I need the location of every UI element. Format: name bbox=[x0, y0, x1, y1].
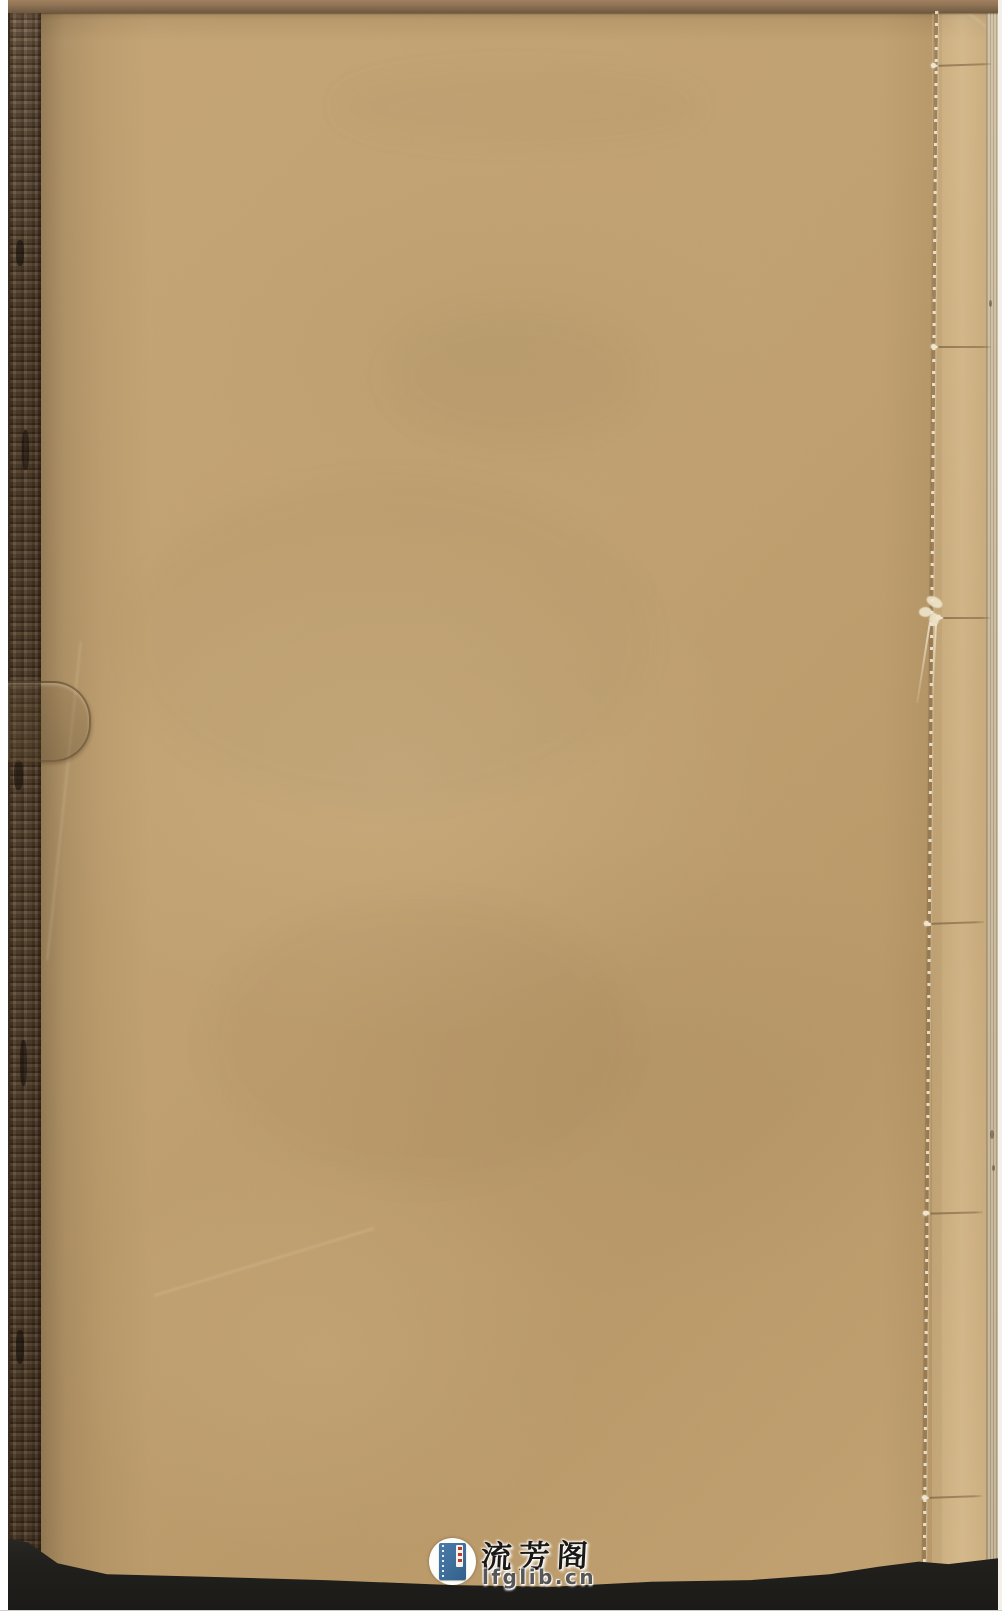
book-cover-paper bbox=[39, 11, 998, 1612]
book-top-edge bbox=[8, 0, 998, 13]
show-through-stain bbox=[339, 71, 699, 141]
seal-marks bbox=[458, 1547, 462, 1564]
show-through-stain bbox=[129, 481, 649, 801]
binding-thread-knot bbox=[917, 596, 951, 636]
show-through-stain bbox=[209, 901, 629, 1181]
stitch-line bbox=[933, 346, 991, 348]
scanned-book-page: 流芳阁 lfglib.cn bbox=[0, 0, 1002, 1620]
book-logo-icon bbox=[439, 1543, 466, 1580]
paper-crease bbox=[154, 1227, 375, 1296]
show-through-stain bbox=[389, 311, 639, 441]
binding-margin-strip bbox=[932, 11, 986, 1612]
watermark: 流芳阁 lfglib.cn bbox=[425, 1530, 605, 1592]
scan-margin-bottom bbox=[0, 1610, 1002, 1620]
scan-margin-left bbox=[0, 0, 8, 1620]
paper-grain-texture bbox=[39, 11, 998, 1612]
index-tab bbox=[8, 681, 91, 762]
watermark-site-url: lfglib.cn bbox=[482, 1565, 596, 1589]
page-stack-edge bbox=[8, 0, 41, 1556]
scan-margin-right bbox=[998, 0, 1002, 1620]
